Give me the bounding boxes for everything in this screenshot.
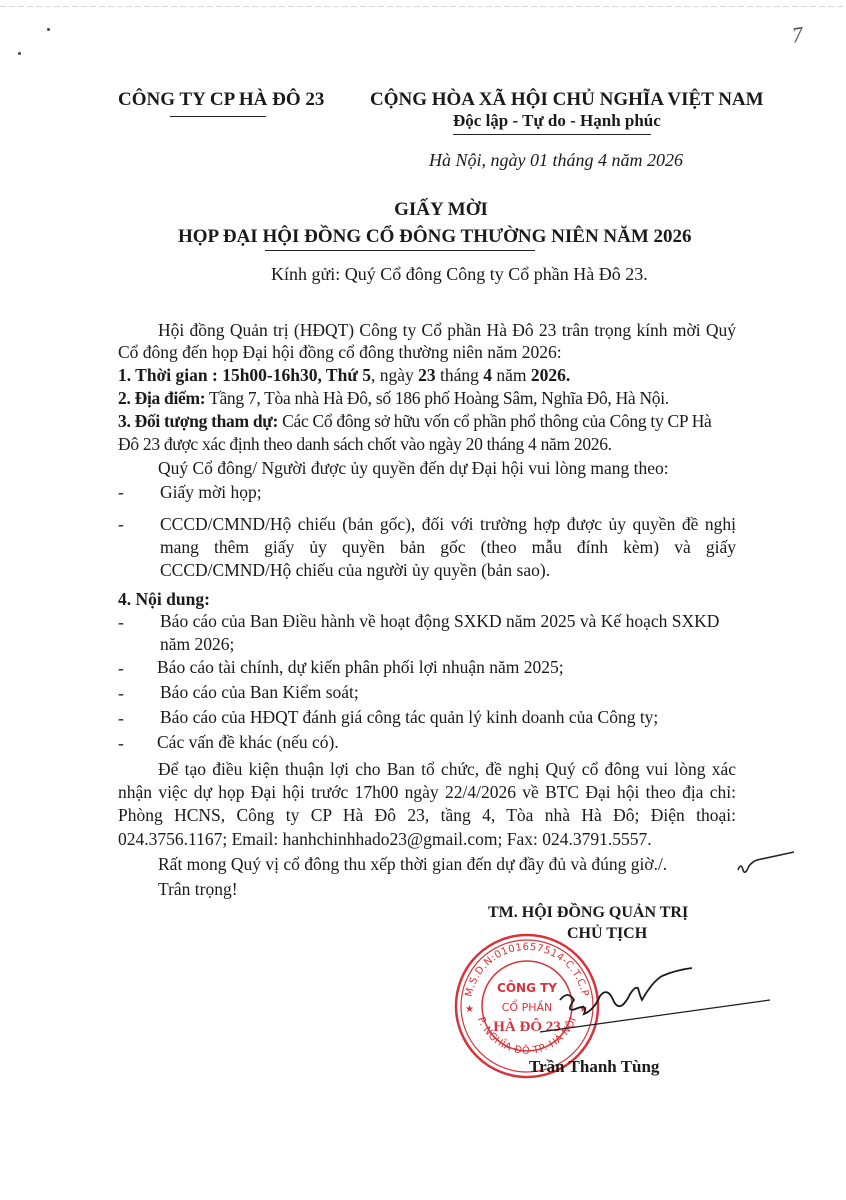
time-day: 23 (418, 365, 436, 385)
document-subtitle: HỌP ĐẠI HỘI ĐỒNG CỔ ĐÔNG THƯỜNG NIÊN NĂM… (178, 226, 692, 248)
location-label: 2. Địa điểm: (118, 388, 205, 408)
content-item: Báo cáo của Ban Kiểm soát; (160, 681, 736, 703)
content-item-cont: năm 2026; (160, 633, 736, 655)
meeting-time: 1. Thời gian : 15h00-16h30, Thứ 5, ngày … (118, 364, 736, 386)
subtitle-underline (265, 250, 535, 251)
document-title: GIẤY MỜI (0, 199, 846, 221)
scan-speck (47, 28, 50, 31)
confirm-line: nhận việc dự họp Đại hội trước 17h00 ngà… (118, 781, 736, 803)
place-date: Hà Nội, ngày 01 tháng 4 năm 2026 (429, 150, 683, 171)
list-bullet: - (118, 514, 124, 535)
national-motto: Độc lập - Tự do - Hạnh phúc (453, 111, 661, 131)
signature-icon (540, 960, 780, 1040)
signature-title: TM. HỘI ĐỒNG QUẢN TRỊ (488, 904, 688, 922)
intro-line-2: Cổ đông đến họp Đại hội đồng cổ đông thư… (118, 341, 736, 363)
time-text: năm (492, 365, 531, 385)
bring-item-cont: mang thêm giấy ủy quyền bản gốc (theo mẫ… (160, 536, 736, 558)
meeting-location: 2. Địa điểm: Tầng 7, Tòa nhà Hà Đô, số 1… (118, 387, 736, 409)
scan-speck (18, 52, 21, 55)
bring-intro: Quý Cổ đông/ Người được ủy quyền đến dự … (118, 457, 736, 479)
bring-item-cont: CCCD/CMND/Hộ chiếu của người ủy quyền (b… (160, 559, 736, 581)
attendees-label: 3. Đối tượng tham dự: (118, 411, 278, 431)
content-item: Các vấn đề khác (nếu có). (157, 731, 733, 753)
content-label: 4. Nội dung: (118, 588, 736, 610)
attendees-line-2: Đô 23 được xác định theo danh sách chốt … (118, 433, 736, 455)
motto-underline (453, 134, 651, 135)
nation-title: CỘNG HÒA XÃ HỘI CHỦ NGHĨA VIỆT NAM (370, 89, 764, 111)
time-year: 2026. (531, 365, 570, 385)
time-text: , ngày (371, 365, 418, 385)
regards-line: Trân trọng! (158, 878, 776, 900)
list-bullet: - (118, 482, 124, 503)
time-text: tháng (436, 365, 484, 385)
confirm-line: 024.3756.1167; Email: hanhchinhhado23@gm… (118, 828, 736, 850)
closing-line: Rất mong Quý vị cổ đông thu xếp thời gia… (158, 853, 776, 875)
page-mark: 7 (790, 21, 805, 48)
attendees-value: Các Cổ đông sở hữu vốn cổ phần phổ thông… (278, 411, 711, 431)
time-label: 1. Thời gian : 15h00-16h30, Thứ 5 (118, 365, 371, 385)
bring-item: Giấy mời họp; (160, 481, 736, 503)
confirm-line: Để tạo điều kiện thuận lợi cho Ban tổ ch… (118, 758, 736, 780)
list-bullet: - (118, 733, 124, 754)
svg-text:★: ★ (465, 1004, 474, 1015)
content-item: Báo cáo tài chính, dự kiến phân phối lợi… (157, 656, 733, 678)
location-value: Tầng 7, Tòa nhà Hà Đô, số 186 phố Hoàng … (205, 388, 669, 408)
bring-item: CCCD/CMND/Hộ chiếu (bản gốc), đối với tr… (160, 513, 736, 535)
initials-mark-icon (736, 848, 796, 878)
attendees: 3. Đối tượng tham dự: Các Cổ đông sở hữu… (118, 410, 736, 432)
scan-edge-line (0, 6, 846, 7)
content-item: Báo cáo của Ban Điều hành về hoạt động S… (160, 610, 736, 632)
list-bullet: - (118, 683, 124, 704)
company-underline (170, 116, 266, 117)
greeting: Kính gửi: Quý Cổ đông Công ty Cổ phần Hà… (271, 264, 648, 285)
confirm-line: Phòng HCNS, Công ty CP Hà Đô 23, tầng 4,… (118, 804, 736, 826)
signatory-name: Trần Thanh Tùng (529, 1057, 659, 1077)
list-bullet: - (118, 658, 124, 679)
list-bullet: - (118, 612, 124, 633)
intro-line-1: Hội đồng Quản trị (HĐQT) Công ty Cổ phần… (118, 319, 736, 341)
content-item: Báo cáo của HĐQT đánh giá công tác quản … (160, 706, 736, 728)
list-bullet: - (118, 708, 124, 729)
time-month: 4 (483, 365, 492, 385)
company-name: CÔNG TY CP HÀ ĐÔ 23 (118, 89, 324, 111)
